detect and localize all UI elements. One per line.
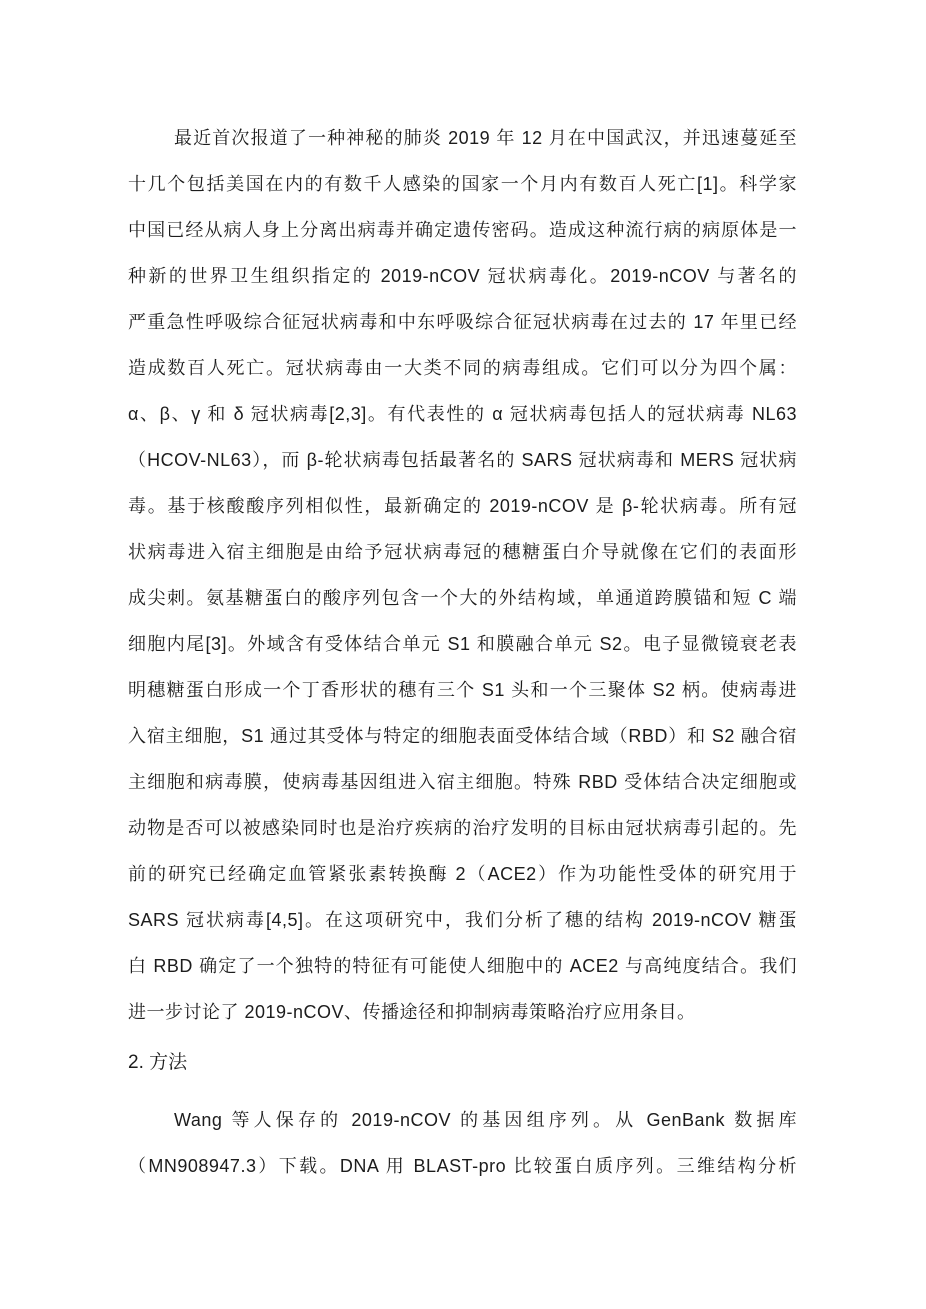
section-heading-methods: 2. 方法	[128, 1040, 797, 1086]
text-line: Wang 等人保存的 2019-nCOV 的基因组序列。从 GenBank 数据…	[128, 1097, 797, 1143]
text-line: SARS 冠状病毒[4,5]。在这项研究中，我们分析了穗的结构 2019-nCO…	[128, 897, 797, 943]
text-line: 中国已经从病人身上分离出病毒并确定遗传密码。造成这种流行病的病原体是一	[128, 207, 797, 253]
text-line: 严重急性呼吸综合征冠状病毒和中东呼吸综合征冠状病毒在过去的 17 年里已经	[128, 299, 797, 345]
text-line: 十几个包括美国在内的有数千人感染的国家一个月内有数百人死亡[1]。科学家	[128, 161, 797, 207]
text-line: 动物是否可以被感染同时也是治疗疾病的治疗发明的目标由冠状病毒引起的。先	[128, 805, 797, 851]
text-line: 进一步讨论了 2019-nCOV、传播途径和抑制病毒策略治疗应用条目。	[128, 989, 797, 1035]
text-line: 白 RBD 确定了一个独特的特征有可能使人细胞中的 ACE2 与高纯度结合。我们	[128, 943, 797, 989]
methods-paragraph: Wang 等人保存的 2019-nCOV 的基因组序列。从 GenBank 数据…	[128, 1097, 797, 1189]
text-line: 主细胞和病毒膜，使病毒基因组进入宿主细胞。特殊 RBD 受体结合决定细胞或	[128, 759, 797, 805]
text-line: 状病毒进入宿主细胞是由给予冠状病毒冠的穗糖蛋白介导就像在它们的表面形	[128, 529, 797, 575]
text-line: 造成数百人死亡。冠状病毒由一大类不同的病毒组成。它们可以分为四个属：	[128, 345, 797, 391]
text-line: 成尖刺。氨基糖蛋白的酸序列包含一个大的外结构域，单通道跨膜锚和短 C 端	[128, 575, 797, 621]
text-line: （HCOV-NL63），而 β-轮状病毒包括最著名的 SARS 冠状病毒和 ME…	[128, 437, 797, 483]
text-line: 明穗糖蛋白形成一个丁香形状的穗有三个 S1 头和一个三聚体 S2 柄。使病毒进	[128, 667, 797, 713]
document-page: 最近首次报道了一种神秘的肺炎 2019 年 12 月在中国武汉，并迅速蔓延至 十…	[0, 0, 926, 1309]
text-line: 最近首次报道了一种神秘的肺炎 2019 年 12 月在中国武汉，并迅速蔓延至	[128, 115, 797, 161]
intro-paragraph: 最近首次报道了一种神秘的肺炎 2019 年 12 月在中国武汉，并迅速蔓延至 十…	[128, 115, 797, 1035]
text-line: α、β、γ 和 δ 冠状病毒[2,3]。有代表性的 α 冠状病毒包括人的冠状病毒…	[128, 391, 797, 437]
text-line: 入宿主细胞，S1 通过其受体与特定的细胞表面受体结合域（RBD）和 S2 融合宿	[128, 713, 797, 759]
text-line: 细胞内尾[3]。外域含有受体结合单元 S1 和膜融合单元 S2。电子显微镜衰老表	[128, 621, 797, 667]
text-line: 毒。基于核酸酸序列相似性，最新确定的 2019-nCOV 是 β-轮状病毒。所有…	[128, 483, 797, 529]
text-line: （MN908947.3）下载。DNA 用 BLAST-pro 比较蛋白质序列。三…	[128, 1143, 797, 1189]
text-line: 前的研究已经确定血管紧张素转换酶 2（ACE2）作为功能性受体的研究用于	[128, 851, 797, 897]
text-line: 种新的世界卫生组织指定的 2019-nCOV 冠状病毒化。2019-nCOV 与…	[128, 253, 797, 299]
